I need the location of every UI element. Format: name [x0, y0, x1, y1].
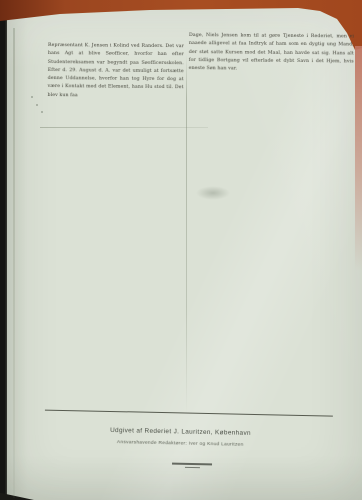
body-text-left-column: Repræsentant K. Jensen i Kolind ved Rand…: [47, 42, 184, 101]
photo-of-page: Repræsentant K. Jensen i Kolind ved Rand…: [0, 0, 362, 500]
paper-speck: [36, 104, 38, 106]
paper-speck: [41, 111, 43, 113]
paper-smudge: [196, 186, 230, 200]
body-text-right-column: Dage, Niels Jensen kom til at gøre Tjene…: [189, 32, 354, 75]
printer-mark: [170, 463, 214, 469]
horizontal-crease: [40, 127, 208, 128]
paper-speck: [31, 96, 33, 98]
printer-mark-line-2: [184, 466, 199, 468]
cover-edge-right: [355, 46, 362, 271]
vertical-crease: [186, 55, 187, 415]
printer-mark-line-1: [172, 463, 212, 466]
